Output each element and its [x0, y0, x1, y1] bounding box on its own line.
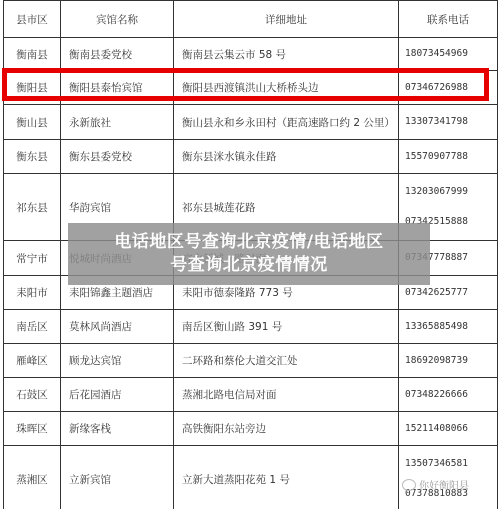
- cell-address: 衡阳县西渡镇洪山大桥桥头边: [174, 71, 399, 105]
- overlay-title-line2: 号查询北京疫情情况: [170, 254, 328, 277]
- table-row: 衡山县 永新旅社 衡山县永和乡永田村（距高速路口约 2 公里） 13307341…: [4, 105, 498, 140]
- cell-phone: 15211408066: [399, 412, 498, 446]
- cell-district: 耒阳市: [4, 276, 61, 310]
- cell-hotel: 衡东县委党校: [61, 140, 174, 174]
- cell-district: 衡南县: [4, 38, 61, 71]
- cell-district: 常宁市: [4, 241, 61, 276]
- phone-number: 13203067999: [405, 185, 497, 199]
- phone-number: 13365885498: [405, 320, 497, 334]
- table-header-row: 县市区 宾馆名称 详细地址 联系电话: [4, 1, 498, 38]
- cell-district: 南岳区: [4, 310, 61, 344]
- phone-number: 13507346581: [405, 457, 497, 471]
- cell-address: 立新大道蒸阳花苑 1 号: [174, 446, 399, 509]
- cell-phone: 13307341798: [399, 105, 498, 140]
- table-row: 雁峰区 顾龙达宾馆 二环路和蔡伦大道交汇处 18692098739: [4, 344, 498, 378]
- table-row: 衡东县 衡东县委党校 衡东县洣水镇永佳路 15570907788: [4, 140, 498, 174]
- header-phone: 联系电话: [399, 1, 498, 38]
- table-row-highlighted: 衡阳县 衡阳县泰怡宾馆 衡阳县西渡镇洪山大桥桥头边 07346726988: [4, 71, 498, 105]
- cell-address: 南岳区衡山路 391 号: [174, 310, 399, 344]
- phone-number: 15211408066: [405, 422, 497, 436]
- cell-address: 蒸湘北路电信局对面: [174, 378, 399, 412]
- phone-number: 07348226666: [405, 388, 497, 402]
- table-row: 南岳区 莫林风尚酒店 南岳区衡山路 391 号 13365885498: [4, 310, 498, 344]
- phone-number: 18692098739: [405, 354, 497, 368]
- phone-number: 07342625777: [405, 286, 497, 300]
- overlay-title-line1: 电话地区号查询北京疫情/电话地区: [114, 231, 383, 254]
- cell-hotel: 衡南县委党校: [61, 38, 174, 71]
- cell-hotel: 新缘客栈: [61, 412, 174, 446]
- table-row: 石鼓区 后花园酒店 蒸湘北路电信局对面 07348226666: [4, 378, 498, 412]
- cell-phone: 18073454969: [399, 38, 498, 71]
- cell-district: 衡东县: [4, 140, 61, 174]
- cell-phone: 13365885498: [399, 310, 498, 344]
- cell-district: 雁峰区: [4, 344, 61, 378]
- cell-phone: 18692098739: [399, 344, 498, 378]
- cell-hotel: 后花园酒店: [61, 378, 174, 412]
- table-row: 珠晖区 新缘客栈 高铁衡阳东站旁边 15211408066: [4, 412, 498, 446]
- cell-phone: 07348226666: [399, 378, 498, 412]
- cell-address: 衡东县洣水镇永佳路: [174, 140, 399, 174]
- cell-address: 衡山县永和乡永田村（距高速路口约 2 公里）: [174, 105, 399, 140]
- cell-phone: 15570907788: [399, 140, 498, 174]
- wechat-icon: [402, 479, 416, 491]
- cell-district: 蒸湘区: [4, 446, 61, 509]
- phone-number: 18073454969: [405, 47, 497, 61]
- cell-address: 衡南县云集云市 58 号: [174, 38, 399, 71]
- cell-hotel: 莫林风尚酒店: [61, 310, 174, 344]
- cell-district: 石鼓区: [4, 378, 61, 412]
- cell-district: 珠晖区: [4, 412, 61, 446]
- cell-district: 祁东县: [4, 174, 61, 241]
- cell-district: 衡阳县: [4, 71, 61, 105]
- header-address: 详细地址: [174, 1, 399, 38]
- cell-hotel: 衡阳县泰怡宾馆: [61, 71, 174, 105]
- cell-address: 高铁衡阳东站旁边: [174, 412, 399, 446]
- cell-phone: 07346726988: [399, 71, 498, 105]
- cell-hotel: 立新宾馆: [61, 446, 174, 509]
- table-row: 衡南县 衡南县委党校 衡南县云集云市 58 号 18073454969: [4, 38, 498, 71]
- cell-address: 二环路和蔡伦大道交汇处: [174, 344, 399, 378]
- cell-hotel: 顾龙达宾馆: [61, 344, 174, 378]
- header-hotel: 宾馆名称: [61, 1, 174, 38]
- watermark-text: 你好衡阳县: [419, 477, 469, 492]
- watermark: 你好衡阳县: [402, 477, 469, 492]
- cell-district: 衡山县: [4, 105, 61, 140]
- phone-number: 13307341798: [405, 115, 497, 129]
- phone-number: 07346726988: [405, 81, 497, 95]
- phone-number: 15570907788: [405, 150, 497, 164]
- header-district: 县市区: [4, 1, 61, 38]
- cell-hotel: 永新旅社: [61, 105, 174, 140]
- title-overlay: 电话地区号查询北京疫情/电话地区 号查询北京疫情情况: [68, 223, 430, 285]
